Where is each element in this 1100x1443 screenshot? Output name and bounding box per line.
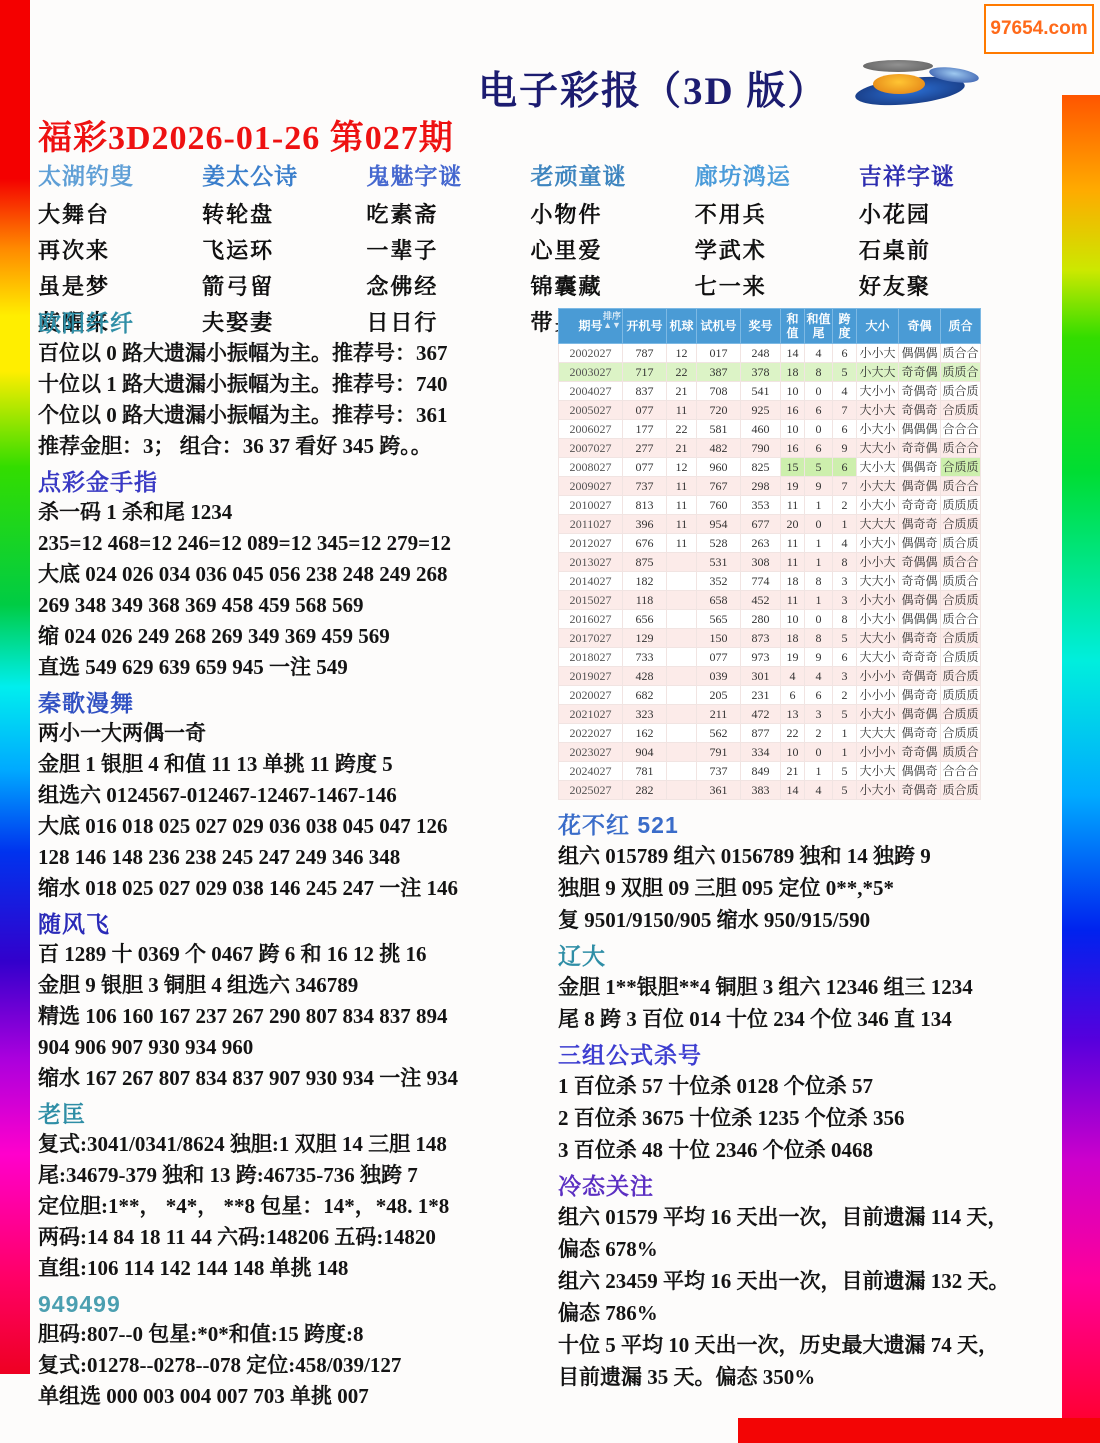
table-cell: 837 — [623, 382, 667, 401]
table-cell: 0 — [805, 515, 833, 534]
section-liaoda: 辽大金胆 1**银胆**4 铜胆 3 组六 12346 组三 1234尾 8 跨… — [558, 941, 1088, 1035]
table-cell: 小小大 — [857, 344, 899, 363]
table-cell: 162 — [623, 724, 667, 743]
table-row: 2004027837217085411004大小小奇偶奇质合质 — [559, 382, 981, 401]
table-cell: 奇偶奇 — [899, 382, 941, 401]
table-cell: 790 — [741, 439, 781, 458]
table-cell: 118 — [623, 591, 667, 610]
table-cell: 小大小 — [857, 534, 899, 553]
table-cell: 531 — [697, 553, 741, 572]
table-cell: 合质质 — [941, 515, 981, 534]
table-cell: 13 — [781, 705, 805, 724]
section-line: 235=12 468=12 246=12 089=12 345=12 279=1… — [38, 528, 558, 559]
table-cell: 182 — [623, 572, 667, 591]
section-title: 老匡 — [38, 1099, 558, 1129]
table-cell: 偶奇奇 — [899, 629, 941, 648]
table-cell: 904 — [623, 743, 667, 762]
table-cell: 2024027 — [559, 762, 623, 781]
table-cell: 676 — [623, 534, 667, 553]
table-cell: 211 — [697, 705, 741, 724]
table-cell: 5 — [833, 762, 857, 781]
table-cell: 077 — [623, 401, 667, 420]
riddle-line: 小花园 — [859, 197, 1023, 233]
table-cell: 合合合 — [941, 420, 981, 439]
table-cell — [667, 724, 697, 743]
table-cell: 10 — [781, 610, 805, 629]
section-diancaijinshouzhi: 点彩金手指杀一码 1 杀和尾 1234235=12 468=12 246=12 … — [38, 467, 558, 683]
table-cell: 5 — [805, 458, 833, 477]
table-cell: 12 — [667, 458, 697, 477]
page-title: 电子彩报（3D 版） — [478, 60, 828, 116]
table-cell: 奇奇偶 — [899, 439, 941, 458]
section-line: 金胆 1**银胆**4 铜胆 3 组六 12346 组三 1234 — [558, 971, 1088, 1003]
table-cell: 150 — [697, 629, 741, 648]
table-cell: 565 — [697, 610, 741, 629]
table-cell: 6 — [805, 439, 833, 458]
table-cell: 0 — [805, 382, 833, 401]
table-cell: 787 — [623, 344, 667, 363]
section-line: 复 9501/9150/905 缩水 950/915/590 — [558, 904, 1088, 936]
section-line: 复式:3041/0341/8624 独胆:1 双胆 14 三胆 148 — [38, 1129, 558, 1160]
table-cell: 11 — [667, 401, 697, 420]
table-header-cell: 和值尾 — [805, 309, 833, 344]
table-header-cell: 奖号 — [741, 309, 781, 344]
section-line: 定位胆:1**， *4*， **8 包星：14*，*48. 1*8 — [38, 1191, 558, 1222]
table-cell: 528 — [697, 534, 741, 553]
sort-icon[interactable]: 排序▲▼ — [603, 312, 621, 330]
table-cell: 2005027 — [559, 401, 623, 420]
section-title: 冷态关注 — [558, 1171, 1088, 1201]
table-header-cell: 机球 — [667, 309, 697, 344]
table-cell: 760 — [697, 496, 741, 515]
table-cell: 合质质 — [941, 591, 981, 610]
section-line: 目前遗漏 35 天。偏态 350% — [558, 1361, 1088, 1393]
table-row: 2003027717223873781885小大大奇奇偶质质合 — [559, 363, 981, 382]
table-cell: 205 — [697, 686, 741, 705]
section-line: 缩水 167 267 807 834 837 907 930 934 一注 93… — [38, 1063, 558, 1094]
section-line: 精选 106 160 167 237 267 290 807 834 837 8… — [38, 1001, 558, 1032]
table-cell: 奇奇偶 — [899, 743, 941, 762]
section-line: 128 146 148 236 238 245 247 249 346 348 — [38, 842, 558, 873]
table-cell: 2009027 — [559, 477, 623, 496]
table-cell: 973 — [741, 648, 781, 667]
table-cell: 2002027 — [559, 344, 623, 363]
table-cell: 15 — [781, 458, 805, 477]
riddle-line: 学武术 — [695, 233, 859, 269]
table-cell: 0 — [805, 420, 833, 439]
table-cell: 大大小 — [857, 439, 899, 458]
table-cell: 5 — [833, 629, 857, 648]
riddle-line: 箭弓留 — [202, 269, 366, 305]
table-cell: 2 — [833, 686, 857, 705]
table-cell: 077 — [697, 648, 741, 667]
table-cell: 308 — [741, 553, 781, 572]
table-cell: 18 — [781, 572, 805, 591]
table-cell: 791 — [697, 743, 741, 762]
table-cell: 4 — [805, 667, 833, 686]
table-cell: 1 — [805, 534, 833, 553]
section-line: 直选 549 629 639 659 945 一注 549 — [38, 652, 558, 683]
riddle-line: 不用兵 — [695, 197, 859, 233]
table-cell: 383 — [741, 781, 781, 800]
table-cell: 4 — [805, 344, 833, 363]
table-cell: 22 — [667, 420, 697, 439]
table-row: 2011027396119546772001大大大偶奇奇合质质 — [559, 515, 981, 534]
table-cell: 581 — [697, 420, 741, 439]
section-line: 缩 024 026 249 268 269 349 369 459 569 — [38, 621, 558, 652]
table-cell — [667, 610, 697, 629]
table-cell: 16 — [781, 439, 805, 458]
section-qingemanwu: 秦歌漫舞两小一大两偶一奇金胆 1 银胆 4 和值 11 13 单挑 11 跨度 … — [38, 688, 558, 904]
section-line: 独胆 9 双胆 09 三胆 095 定位 0**,*5* — [558, 872, 1088, 904]
table-cell: 合质质 — [941, 401, 981, 420]
table-cell: 4 — [833, 534, 857, 553]
riddle-line: 念佛经 — [366, 269, 530, 305]
table-cell: 129 — [623, 629, 667, 648]
section-line: 两码:14 84 18 11 44 六码:148206 五码:14820 — [38, 1222, 558, 1253]
section-title: 辽大 — [558, 941, 1088, 971]
section-lengtaiguanzhu: 冷态关注组六 01579 平均 16 天出一次，目前遗漏 114 天，偏态 67… — [558, 1171, 1088, 1393]
table-row: 20220271625628772221大大大偶奇奇合质质 — [559, 724, 981, 743]
table-cell: 11 — [667, 496, 697, 515]
table-cell: 6 — [781, 686, 805, 705]
table-header-cell: 开机号 — [623, 309, 667, 344]
section-laokuang: 老匡复式:3041/0341/8624 独胆:1 双胆 14 三胆 148尾:3… — [38, 1099, 558, 1284]
table-cell: 825 — [741, 458, 781, 477]
table-cell: 017 — [697, 344, 741, 363]
table-cell: 2018027 — [559, 648, 623, 667]
table-cell: 2003027 — [559, 363, 623, 382]
section-line: 复式:01278--0278--078 定位:458/039/127 — [38, 1350, 558, 1381]
table-cell — [667, 572, 697, 591]
table-cell: 2 — [805, 724, 833, 743]
table-cell: 323 — [623, 705, 667, 724]
table-cell: 21 — [781, 762, 805, 781]
table-cell: 质合质 — [941, 781, 981, 800]
riddle-title: 吉祥字谜 — [859, 158, 1023, 191]
table-cell: 277 — [623, 439, 667, 458]
history-table: 期号排序▲▼开机号机球试机号奖号和值和值尾跨度大小奇偶质合20020277871… — [558, 308, 981, 800]
table-cell: 质质合 — [941, 363, 981, 382]
section-title: 点彩金手指 — [38, 467, 558, 497]
table-cell: 偶奇偶 — [899, 477, 941, 496]
section-line: 269 348 349 368 369 458 459 568 569 — [38, 590, 558, 621]
table-row: 2010027813117603531112小大小奇奇奇质质质 — [559, 496, 981, 515]
table-cell: 562 — [697, 724, 741, 743]
table-cell: 2 — [833, 496, 857, 515]
section-line: 组六 01579 平均 16 天出一次，目前遗漏 114 天， — [558, 1201, 1088, 1233]
table-cell: 4 — [833, 382, 857, 401]
table-cell: 小小小 — [857, 686, 899, 705]
riddle-line: 一辈子 — [366, 233, 530, 269]
table-cell: 6 — [833, 420, 857, 439]
table-cell: 482 — [697, 439, 741, 458]
table-cell: 质合合 — [941, 439, 981, 458]
table-row: 20130278755313081118小小大奇偶偶质合合 — [559, 553, 981, 572]
table-cell: 大小小 — [857, 382, 899, 401]
table-row: 2020027682205231662小小小偶奇奇质质质 — [559, 686, 981, 705]
table-cell: 781 — [623, 762, 667, 781]
riddle-line: 心里爱 — [531, 233, 695, 269]
table-row: 20250272823613831445小大小奇偶奇质合质 — [559, 781, 981, 800]
table-header-cell: 奇偶 — [899, 309, 941, 344]
table-cell: 21 — [667, 382, 697, 401]
table-cell: 质合质 — [941, 534, 981, 553]
table-cell: 452 — [741, 591, 781, 610]
table-cell: 0 — [805, 743, 833, 762]
table-cell: 677 — [741, 515, 781, 534]
table-cell: 9 — [805, 477, 833, 496]
table-row: 2006027177225814601006小大小偶偶偶合合合 — [559, 420, 981, 439]
table-cell: 378 — [741, 363, 781, 382]
table-row: 20230279047913341001小小小奇奇偶质质合 — [559, 743, 981, 762]
table-cell: 2004027 — [559, 382, 623, 401]
table-cell: 质合合 — [941, 553, 981, 572]
table-cell: 19 — [781, 648, 805, 667]
riddle-title: 老顽童谜 — [531, 158, 695, 191]
table-cell: 11 — [667, 477, 697, 496]
section-line: 两小一大两偶一奇 — [38, 718, 558, 749]
table-cell: 4 — [805, 781, 833, 800]
section-line: 百 1289 十 0369 个 0467 跨 6 和 16 12 挑 16 — [38, 939, 558, 970]
table-cell: 小大小 — [857, 496, 899, 515]
table-cell: 6 — [805, 401, 833, 420]
riddle-line: 大舞台 — [38, 197, 202, 233]
section-line: 缩水 018 025 027 029 038 146 245 247 一注 14… — [38, 873, 558, 904]
section-line: 个位以 0 路大遗漏小振幅为主。推荐号：361 — [38, 400, 558, 431]
table-cell: 353 — [741, 496, 781, 515]
table-cell: 21 — [667, 439, 697, 458]
table-cell — [667, 762, 697, 781]
table-cell: 20 — [781, 515, 805, 534]
table-cell: 925 — [741, 401, 781, 420]
table-cell: 263 — [741, 534, 781, 553]
table-cell: 2012027 — [559, 534, 623, 553]
table-cell: 8 — [833, 610, 857, 629]
table-cell: 质合合 — [941, 477, 981, 496]
table-cell: 奇偶奇 — [899, 781, 941, 800]
table-cell: 11 — [781, 534, 805, 553]
table-cell: 720 — [697, 401, 741, 420]
table-cell: 428 — [623, 667, 667, 686]
section-suifengfei: 随风飞百 1289 十 0369 个 0467 跨 6 和 16 12 挑 16… — [38, 909, 558, 1094]
table-cell: 1 — [805, 553, 833, 572]
table-cell: 16 — [781, 401, 805, 420]
table-cell: 11 — [667, 534, 697, 553]
table-cell: 大大大 — [857, 515, 899, 534]
table-cell: 大小大 — [857, 401, 899, 420]
table-cell — [667, 705, 697, 724]
section-line: 偏态 678% — [558, 1233, 1088, 1265]
riddle-line: 七一来 — [695, 269, 859, 305]
table-cell: 2014027 — [559, 572, 623, 591]
table-cell: 767 — [697, 477, 741, 496]
table-header-cell: 跨度 — [833, 309, 857, 344]
section-line: 尾:34679-379 独和 13 跨:46735-736 独跨 7 — [38, 1160, 558, 1191]
table-cell: 2006027 — [559, 420, 623, 439]
table-cell: 8 — [833, 553, 857, 572]
table-cell: 077 — [623, 458, 667, 477]
table-cell: 质质合 — [941, 743, 981, 762]
section-line: 2 百位杀 3675 十位杀 1235 个位杀 356 — [558, 1102, 1088, 1134]
riddle-title: 姜太公诗 — [202, 158, 366, 191]
table-row: 2019027428039301443小小小奇偶奇质合质 — [559, 667, 981, 686]
section-title: 随风飞 — [38, 909, 558, 939]
table-row: 2008027077129608251556大小大偶偶奇合质质 — [559, 458, 981, 477]
table-cell: 小大大 — [857, 477, 899, 496]
section-line: 904 906 907 930 934 960 — [38, 1032, 558, 1063]
table-cell: 偶偶奇 — [899, 458, 941, 477]
riddle-title: 廊坊鸿运 — [695, 158, 859, 191]
table-cell: 2023027 — [559, 743, 623, 762]
table-cell — [667, 667, 697, 686]
table-cell: 奇偶偶 — [899, 553, 941, 572]
table-cell: 658 — [697, 591, 741, 610]
table-cell: 大小大 — [857, 458, 899, 477]
table-cell: 19 — [781, 477, 805, 496]
table-cell: 2007027 — [559, 439, 623, 458]
table-cell: 质质质 — [941, 686, 981, 705]
table-cell: 7 — [833, 401, 857, 420]
table-header-cell: 大小 — [857, 309, 899, 344]
table-row: 20140271823527741883大大小奇奇偶质质合 — [559, 572, 981, 591]
table-cell: 2011027 — [559, 515, 623, 534]
table-cell: 18 — [781, 629, 805, 648]
table-cell: 039 — [697, 667, 741, 686]
table-cell: 小小小 — [857, 667, 899, 686]
table-header-cell: 试机号 — [697, 309, 741, 344]
section-line: 杀一码 1 杀和尾 1234 — [38, 497, 558, 528]
table-cell — [667, 648, 697, 667]
table-cell: 奇奇偶 — [899, 572, 941, 591]
section-line: 偏态 786% — [558, 1297, 1088, 1329]
section-line: 1 百位杀 57 十位杀 0128 个位杀 57 — [558, 1070, 1088, 1102]
table-cell: 10 — [781, 382, 805, 401]
table-cell: 小大大 — [857, 363, 899, 382]
table-row: 2012027676115282631114小大小偶偶奇质合质 — [559, 534, 981, 553]
issue-heading: 福彩3D2026-01-26 第027期 — [38, 110, 454, 159]
section-line: 尾 8 跨 3 百位 014 十位 234 个位 346 直 134 — [558, 1003, 1088, 1035]
poster-page: 97654.com 电子彩报（3D 版） 福彩3D2026-01-26 第027… — [0, 0, 1100, 1443]
table-cell: 298 — [741, 477, 781, 496]
table-cell: 8 — [805, 363, 833, 382]
table-cell: 10 — [781, 743, 805, 762]
table-cell: 合质质 — [941, 458, 981, 477]
section-line: 大底 024 026 034 036 045 056 238 248 249 2… — [38, 559, 558, 590]
table-cell: 396 — [623, 515, 667, 534]
table-row: 2007027277214827901669大大小奇奇偶质合合 — [559, 439, 981, 458]
table-cell: 3 — [833, 667, 857, 686]
table-cell: 717 — [623, 363, 667, 382]
rainbow-border-left — [0, 0, 30, 1374]
table-cell: 737 — [623, 477, 667, 496]
sort-arrows-icon: ▲▼ — [603, 321, 621, 330]
table-cell: 960 — [697, 458, 741, 477]
table-cell: 2015027 — [559, 591, 623, 610]
table-cell: 小大小 — [857, 591, 899, 610]
left-column: 欧阳纤纤百位以 0 路大遗漏小振幅为主。推荐号：367十位以 1 路大遗漏小振幅… — [38, 308, 558, 1417]
table-cell: 1 — [833, 515, 857, 534]
table-cell: 248 — [741, 344, 781, 363]
table-cell: 偶奇偶 — [899, 591, 941, 610]
table-cell: 质合合 — [941, 610, 981, 629]
table-cell: 大大小 — [857, 572, 899, 591]
section-line: 胆码:807--0 包星:*0*和值:15 跨度:8 — [38, 1319, 558, 1350]
table-cell: 偶偶奇 — [899, 534, 941, 553]
table-cell: 2017027 — [559, 629, 623, 648]
table-row: 20150271186584521113小大小偶奇偶合质质 — [559, 591, 981, 610]
table-cell: 大大大 — [857, 724, 899, 743]
section-title: 三组公式杀号 — [558, 1040, 1088, 1070]
table-cell: 奇奇偶 — [899, 363, 941, 382]
table-cell: 质合质 — [941, 382, 981, 401]
table-cell: 大大小 — [857, 648, 899, 667]
table-cell: 偶奇奇 — [899, 515, 941, 534]
table-cell: 小大小 — [857, 705, 899, 724]
table-cell: 奇奇奇 — [899, 496, 941, 515]
table-cell: 奇偶奇 — [899, 667, 941, 686]
table-row: 20180277330779731996大大小奇奇奇合质质 — [559, 648, 981, 667]
riddle-line: 飞运环 — [202, 233, 366, 269]
table-cell: 361 — [697, 781, 741, 800]
table-cell: 7 — [833, 477, 857, 496]
section-line: 组选六 0124567-012467-12467-1467-146 — [38, 780, 558, 811]
table-cell — [667, 743, 697, 762]
table-header-row: 期号排序▲▼开机号机球试机号奖号和值和值尾跨度大小奇偶质合 — [559, 309, 981, 344]
right-column: 期号排序▲▼开机号机球试机号奖号和值和值尾跨度大小奇偶质合20020277871… — [558, 308, 1088, 1398]
table-cell: 4 — [781, 667, 805, 686]
table-cell: 3 — [805, 705, 833, 724]
table-cell: 质合合 — [941, 344, 981, 363]
table-cell: 2013027 — [559, 553, 623, 572]
table-cell: 1 — [805, 496, 833, 515]
table-cell: 3 — [833, 572, 857, 591]
table-cell: 737 — [697, 762, 741, 781]
table-row: 20170271291508731885大大小偶奇奇合质质 — [559, 629, 981, 648]
section-line: 推荐金胆：3； 组合：36 37 看好 345 跨。。 — [38, 431, 558, 462]
table-cell: 2021027 — [559, 705, 623, 724]
section-line: 3 百位杀 48 十位 2346 个位杀 0468 — [558, 1134, 1088, 1166]
table-cell: 11 — [781, 591, 805, 610]
riddle-line: 石桌前 — [859, 233, 1023, 269]
riddle-line: 再次来 — [38, 233, 202, 269]
table-cell: 2016027 — [559, 610, 623, 629]
riddle-title: 鬼魅字谜 — [366, 158, 530, 191]
table-cell — [667, 629, 697, 648]
table-row: 20240277817378492115大小大偶偶奇合合合 — [559, 762, 981, 781]
section-line: 单组选 000 003 004 007 703 单挑 007 — [38, 1381, 558, 1412]
table-cell: 小大小 — [857, 781, 899, 800]
table-cell: 472 — [741, 705, 781, 724]
table-cell — [667, 591, 697, 610]
site-watermark-link[interactable]: 97654.com — [984, 4, 1094, 54]
table-cell: 大大小 — [857, 629, 899, 648]
section-s949499: 949499胆码:807--0 包星:*0*和值:15 跨度:8复式:01278… — [38, 1289, 558, 1412]
section-ouyangxianxian: 欧阳纤纤百位以 0 路大遗漏小振幅为主。推荐号：367十位以 1 路大遗漏小振幅… — [38, 308, 558, 462]
section-line: 金胆 9 银胆 3 铜胆 4 组选六 346789 — [38, 970, 558, 1001]
table-cell: 偶偶偶 — [899, 344, 941, 363]
section-title: 欧阳纤纤 — [38, 308, 558, 338]
section-title: 花不红 521 — [558, 810, 1088, 840]
section-title: 秦歌漫舞 — [38, 688, 558, 718]
table-cell: 177 — [623, 420, 667, 439]
table-cell: 6 — [833, 458, 857, 477]
table-row: 20210273232114721335小大小偶奇偶合质质 — [559, 705, 981, 724]
table-cell: 541 — [741, 382, 781, 401]
section-line: 金胆 1 银胆 4 和值 11 13 单挑 11 跨度 5 — [38, 749, 558, 780]
table-cell: 18 — [781, 363, 805, 382]
table-cell: 12 — [667, 344, 697, 363]
